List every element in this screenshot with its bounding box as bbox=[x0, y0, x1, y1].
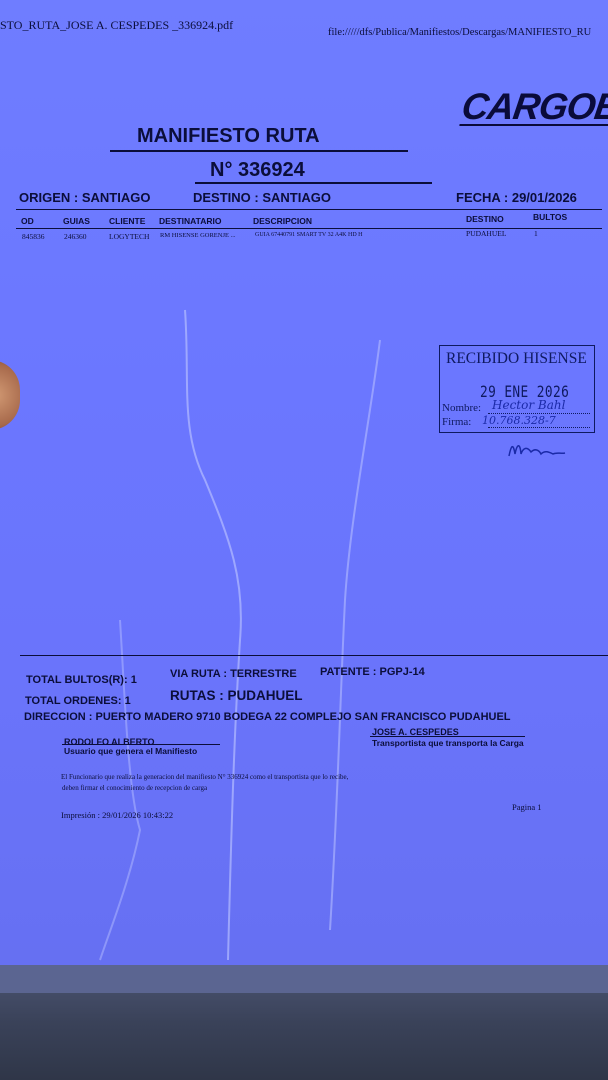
stamp-signature-label: Firma: bbox=[442, 416, 471, 428]
pdf-file-url: file://///dfs/Publica/Manifiestos/Descar… bbox=[328, 27, 591, 38]
stamp-name-label: Nombre: bbox=[442, 402, 481, 414]
rutas: RUTAS : PUDAHUEL bbox=[170, 688, 303, 703]
logo-text: CARGOEX bbox=[459, 86, 608, 127]
page-number: Pagina 1 bbox=[512, 802, 542, 812]
pdf-file-name: STO_RUTA_JOSE A. CESPEDES _336924.pdf bbox=[0, 18, 233, 33]
title-divider bbox=[110, 150, 408, 152]
manifest-document: STO_RUTA_JOSE A. CESPEDES _336924.pdf fi… bbox=[0, 0, 608, 965]
number-divider bbox=[195, 182, 432, 184]
col-header-descripcion: DESCRIPCION bbox=[253, 216, 312, 226]
total-ordenes: TOTAL ORDENES: 1 bbox=[25, 695, 131, 707]
notice-line-1: El Funcionario que realiza la generacion… bbox=[61, 773, 348, 781]
signer-left-role: Usuario que genera el Manifiesto bbox=[64, 746, 197, 756]
date-field: FECHA : 29/01/2026 bbox=[456, 190, 577, 205]
cell-destino: PUDAHUEL bbox=[466, 229, 506, 238]
manifest-number: N° 336924 bbox=[210, 159, 305, 182]
col-header-bultos: BULTOS bbox=[533, 212, 567, 222]
col-header-cliente: CLIENTE bbox=[109, 216, 145, 226]
stamp-name-value: Hector Bahl bbox=[492, 398, 565, 412]
background-fabric bbox=[0, 965, 608, 1080]
cell-descripcion: GUIA 67440791 SMART TV 32 A4K HD H bbox=[255, 232, 362, 238]
direccion: DIRECCION : PUERTO MADERO 9710 BODEGA 22… bbox=[24, 711, 511, 723]
logo-underline bbox=[459, 124, 608, 126]
col-header-destino: DESTINO bbox=[466, 214, 504, 224]
col-header-od: OD bbox=[21, 216, 34, 226]
stamp-signature-value: 10.768.328-7 bbox=[482, 414, 556, 427]
signer-right-line bbox=[370, 736, 525, 737]
total-bultos: TOTAL BULTOS(R): 1 bbox=[26, 674, 137, 686]
destination-field: DESTINO : SANTIAGO bbox=[193, 190, 331, 205]
background-strip bbox=[0, 965, 608, 993]
cell-guias: 246360 bbox=[64, 232, 87, 241]
signer-left-line bbox=[62, 744, 220, 745]
print-timestamp: Impresión : 29/01/2026 10:43:22 bbox=[61, 810, 173, 820]
notice-line-2: deben firmar el conocimiento de recepcio… bbox=[62, 784, 207, 792]
cell-od: 845836 bbox=[22, 232, 45, 241]
cell-cliente: LOGYTECH bbox=[109, 232, 149, 241]
document-title: MANIFIESTO RUTA bbox=[137, 125, 320, 148]
cell-destinatario: RM HISENSE GORENJE ... bbox=[160, 232, 235, 239]
table-top-rule bbox=[16, 209, 602, 210]
col-header-guias: GUIAS bbox=[63, 216, 90, 226]
handwritten-signature bbox=[505, 436, 567, 462]
origin-field: ORIGEN : SANTIAGO bbox=[19, 190, 150, 205]
stamp-title: RECIBIDO HISENSE bbox=[446, 350, 587, 368]
cell-bultos: 1 bbox=[534, 229, 538, 238]
stamp-signature-line bbox=[488, 427, 590, 428]
table-header-rule bbox=[16, 228, 602, 229]
patente: PATENTE : PGPJ-14 bbox=[320, 666, 425, 678]
cargoex-logo: CARGOEX bbox=[459, 86, 608, 128]
col-header-destinatario: DESTINATARIO bbox=[159, 216, 222, 226]
received-stamp: RECIBIDO HISENSE 29 ENE 2026 Nombre: Hec… bbox=[439, 345, 595, 433]
signer-right-role: Transportista que transporta la Carga bbox=[372, 738, 524, 748]
footer-divider bbox=[20, 655, 608, 656]
via-ruta: VIA RUTA : TERRESTRE bbox=[170, 668, 297, 680]
